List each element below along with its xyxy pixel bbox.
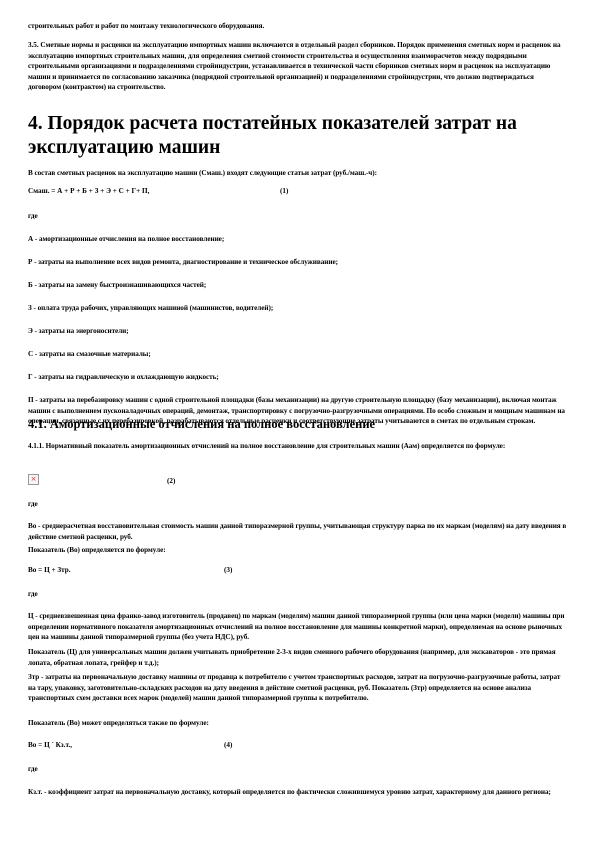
definition-C: Ц - средневзвешенная цена франко-завод и… (28, 611, 568, 643)
definition-B: Б - затраты на замену быстроизнашивающих… (28, 280, 568, 291)
formula-3-number: (3) (224, 566, 232, 574)
broken-image-icon: × (28, 474, 39, 485)
definition-G: Г - затраты на гидравлическую и охлаждаю… (28, 372, 568, 383)
formula-4-number: (4) (224, 741, 232, 749)
paragraph-Bo-alt-intro: Показатель (Во) может определяться также… (28, 718, 568, 729)
where-label: где (28, 764, 568, 775)
paragraph-4-1-1: 4.1.1. Нормативный показатель амортизаци… (28, 441, 568, 452)
definition-Z: З - оплата труда рабочих, управляющих ма… (28, 303, 568, 314)
intro-paragraph: В состав сметных расценок на эксплуатаци… (28, 168, 568, 179)
formula-4: Во = Ц ´ Кз.т., (28, 741, 72, 749)
formula-2-number: (2) (167, 477, 175, 485)
formula-1: Смаш. = А + Р + Б + З + Э + С + Г+ П, (28, 187, 149, 195)
formula-1-number: (1) (280, 187, 288, 195)
definition-Ztr: Зтр - затраты на первоначальную доставку… (28, 672, 568, 704)
where-label: где (28, 499, 568, 510)
definition-Kzt: Кз.т. - коэффициент затрат на первоначал… (28, 787, 568, 798)
paragraph-Bo-formula-intro: Показатель (Во) определяется по формуле: (28, 545, 568, 556)
formula-3: Во = Ц + Зтр. (28, 566, 71, 574)
paragraph-C-note: Показатель (Ц) для универсальных машин д… (28, 647, 568, 668)
where-label: где (28, 211, 568, 222)
definition-A: А - амортизационные отчисления на полное… (28, 234, 568, 245)
heading-section-4-1: 4.1. Амортизационные отчисления на полно… (28, 416, 568, 432)
where-label: где (28, 589, 568, 600)
definition-E: Э - затраты на энергоносители; (28, 326, 568, 337)
paragraph-continuation: строительных работ и работ по монтажу те… (28, 21, 568, 32)
paragraph-3-5: 3.5. Сметные нормы и расценки на эксплуа… (28, 40, 568, 93)
definition-S: С - затраты на смазочные материалы; (28, 349, 568, 360)
definition-R: Р - затраты на выполнение всех видов рем… (28, 257, 568, 268)
definition-Bo: Во - среднерасчетная восстановительная с… (28, 521, 568, 542)
heading-section-4: 4. Порядок расчета постатейных показател… (28, 112, 568, 160)
